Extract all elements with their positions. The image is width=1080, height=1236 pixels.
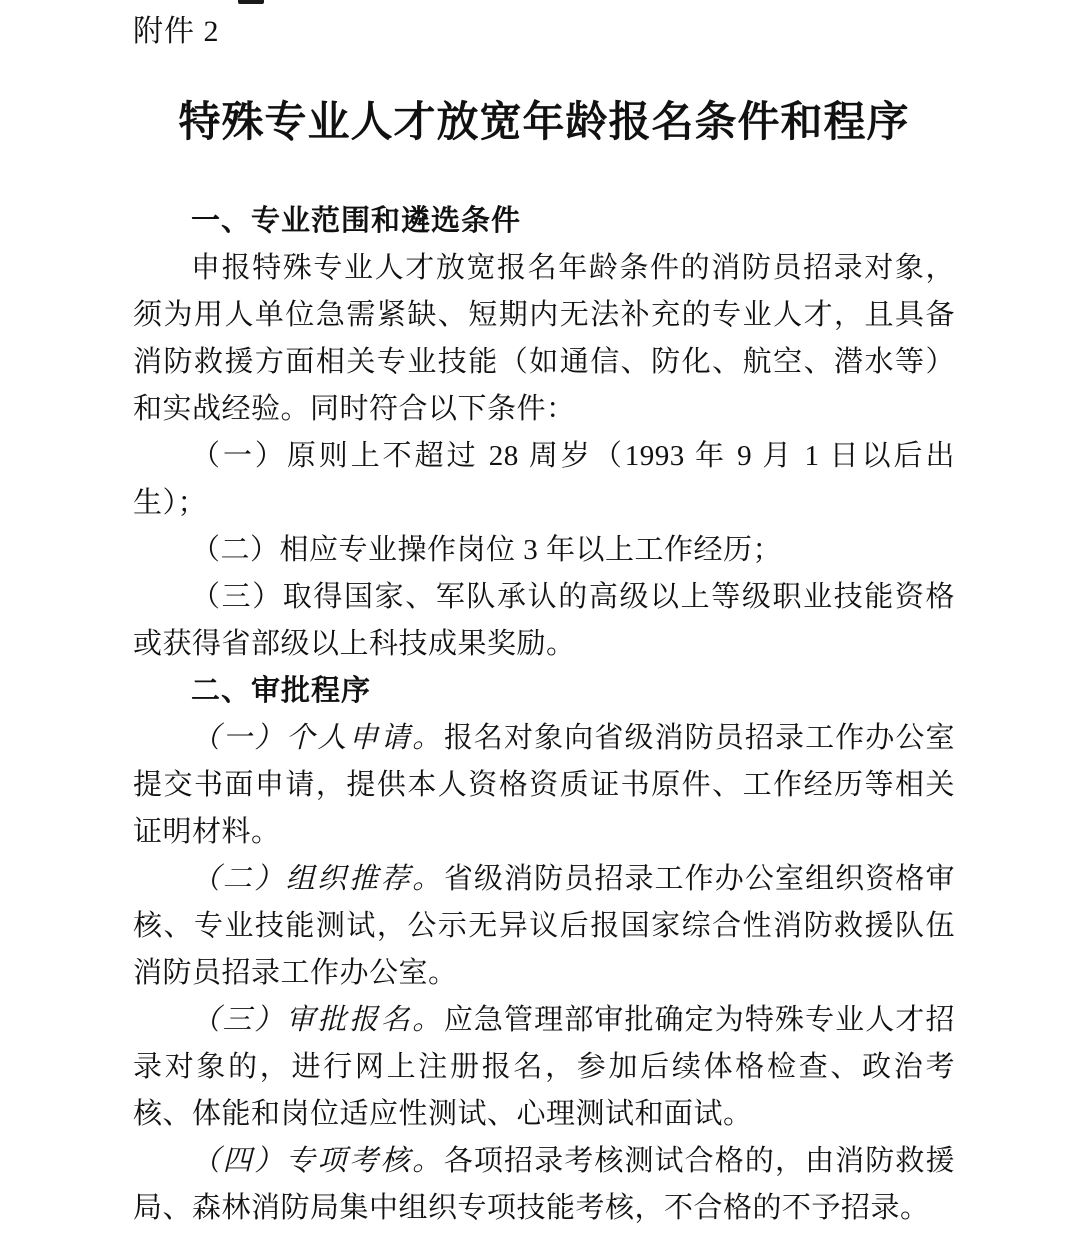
section-2-item-2-lead: （二）组织推荐。: [191, 863, 444, 895]
section-1-item-3: （三）取得国家、军队承认的高级以上等级职业技能资格或获得省部级以上科技成果奖励。: [133, 574, 955, 668]
section-1-intro-paragraph: 申报特殊专业人才放宽报名年龄条件的消防员招录对象，须为用人单位急需紧缺、短期内无…: [133, 245, 955, 433]
attachment-label: 附件 2: [133, 0, 955, 55]
section-2-item-3: （三）审批报名。应急管理部审批确定为特殊专业人才招录对象的，进行网上注册报名，参…: [133, 997, 955, 1138]
document-page: 附件 2 特殊专业人才放宽年龄报名条件和程序 一、专业范围和遴选条件 申报特殊专…: [0, 0, 1080, 1236]
section-1-heading: 一、专业范围和遴选条件: [133, 198, 955, 245]
scan-artifact-mark: [238, 0, 264, 4]
section-1-item-2: （二）相应专业操作岗位 3 年以上工作经历；: [133, 527, 955, 574]
section-2-item-1-lead: （一）个人申请。: [191, 722, 444, 754]
document-title: 特殊专业人才放宽年龄报名条件和程序: [133, 98, 955, 148]
section-2-item-3-lead: （三）审批报名。: [191, 1004, 444, 1036]
section-2-item-4: （四）专项考核。各项招录考核测试合格的，由消防救援局、森林消防局集中组织专项技能…: [133, 1138, 955, 1232]
section-2-heading: 二、审批程序: [133, 668, 955, 715]
section-1-item-1: （一）原则上不超过 28 周岁（1993 年 9 月 1 日以后出生）；: [133, 433, 955, 527]
section-2-item-2: （二）组织推荐。省级消防员招录工作办公室组织资格审核、专业技能测试，公示无异议后…: [133, 856, 955, 997]
section-2-item-4-lead: （四）专项考核。: [191, 1145, 444, 1177]
section-2-item-1: （一）个人申请。报名对象向省级消防员招录工作办公室提交书面申请，提供本人资格资质…: [133, 715, 955, 856]
